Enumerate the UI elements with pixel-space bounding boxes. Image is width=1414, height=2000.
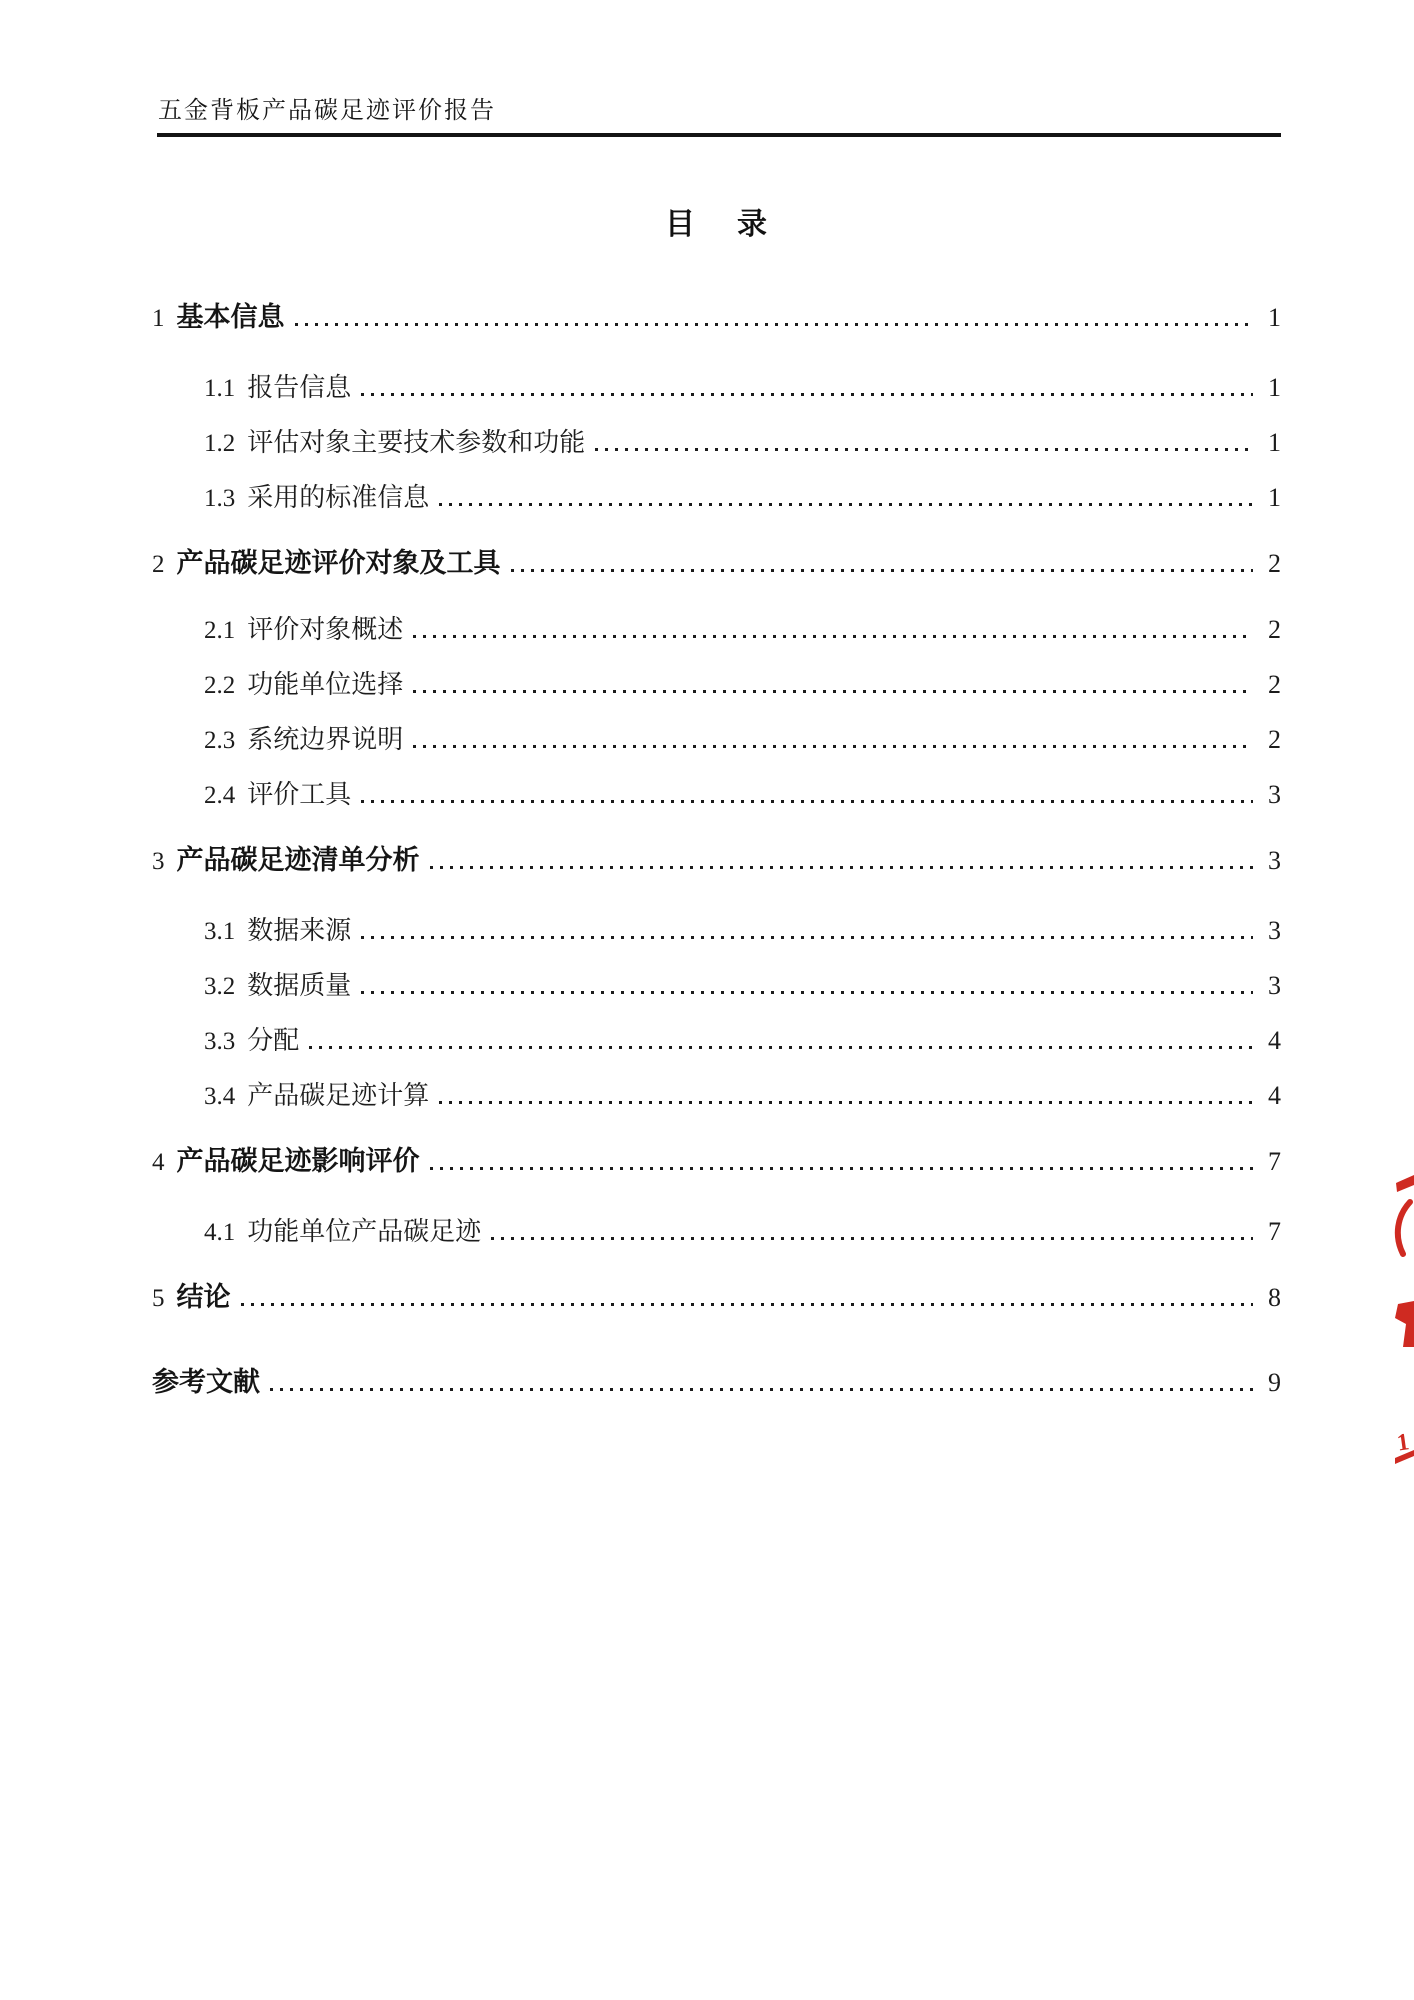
- page-number: 3: [1259, 848, 1281, 874]
- toc-entry: 2 产品碳足迹评价对象及工具 2: [152, 541, 1281, 577]
- page-number: 1: [1259, 430, 1281, 456]
- entry-text: 评价对象概述: [247, 617, 403, 643]
- dot-leader: [361, 800, 1253, 803]
- toc-entry: 3 产品碳足迹清单分析 3: [152, 838, 1281, 874]
- toc-entry: 1.2 评估对象主要技术参数和功能 1: [152, 420, 1281, 456]
- page-number: 2: [1259, 672, 1281, 698]
- toc-entry: 3.1 数据来源 3: [152, 908, 1281, 944]
- toc-entry: 1.3 采用的标准信息 1: [152, 475, 1281, 511]
- seal-star-mark: [1395, 1301, 1414, 1347]
- entry-number: 2.3: [204, 728, 235, 753]
- entry-text: 报告信息: [247, 375, 351, 401]
- page-number: 3: [1259, 918, 1281, 944]
- toc-entry: 2.1 评价对象概述 2: [152, 607, 1281, 643]
- toc-entry: 4 产品碳足迹影响评价 7: [152, 1139, 1281, 1175]
- dot-leader: [413, 690, 1253, 693]
- entry-text: 产品碳足迹评价对象及工具: [177, 550, 501, 577]
- dot-leader: [361, 936, 1253, 939]
- dot-leader: [439, 503, 1253, 506]
- table-of-contents: 1 基本信息 1 1.1 报告信息 1 1.2 评估对象主要技术参数和功能 1 …: [152, 295, 1281, 1396]
- toc-entry: 3.2 数据质量 3: [152, 963, 1281, 999]
- entry-number: 3.3: [204, 1029, 235, 1054]
- entry-text: 产品碳足迹计算: [247, 1083, 429, 1109]
- entry-text: 产品碳足迹清单分析: [177, 847, 420, 874]
- entry-number: 2.2: [204, 673, 235, 698]
- dot-leader: [241, 1303, 1254, 1306]
- entry-text: 采用的标准信息: [247, 485, 429, 511]
- toc-entry: 3.4 产品碳足迹计算 4: [152, 1073, 1281, 1109]
- document-page: { "header": { "document_title": "五金背板产品碳…: [0, 0, 1414, 2000]
- dot-leader: [361, 991, 1253, 994]
- dot-leader: [491, 1237, 1253, 1240]
- dot-leader: [270, 1388, 1253, 1391]
- dot-leader: [413, 635, 1253, 638]
- page-number: 1: [1259, 375, 1281, 401]
- page-number: 7: [1259, 1149, 1281, 1175]
- page-number: 2: [1259, 551, 1281, 577]
- entry-number: 2.1: [204, 618, 235, 643]
- page-number: 8: [1259, 1285, 1281, 1311]
- toc-title: 目 录: [157, 205, 1281, 245]
- dot-leader: [309, 1046, 1253, 1049]
- page-number: 1: [1259, 305, 1281, 331]
- dot-leader: [439, 1101, 1253, 1104]
- page-number: 4: [1259, 1083, 1281, 1109]
- entry-number: 4: [152, 1150, 165, 1175]
- dot-leader: [430, 1167, 1254, 1170]
- toc-entry: 4.1 功能单位产品碳足迹 7: [152, 1209, 1281, 1245]
- page-header: 五金背板产品碳足迹评价报告: [0, 97, 1414, 137]
- page-number: 3: [1259, 782, 1281, 808]
- entry-text: 数据质量: [247, 973, 351, 999]
- page-number: 1: [1259, 485, 1281, 511]
- toc-entry: 1 基本信息 1: [152, 295, 1281, 331]
- dot-leader: [595, 448, 1253, 451]
- entry-number: 1.1: [204, 376, 235, 401]
- toc-entry: 2.2 功能单位选择 2: [152, 662, 1281, 698]
- entry-text: 产品碳足迹影响评价: [177, 1148, 420, 1175]
- dot-leader: [511, 569, 1254, 572]
- seal-arc-mark: [1398, 1202, 1410, 1254]
- page-number: 4: [1259, 1028, 1281, 1054]
- entry-text: 分配: [247, 1028, 299, 1054]
- toc-entry: 1.1 报告信息 1: [152, 365, 1281, 401]
- entry-number: 3.1: [204, 919, 235, 944]
- red-seal-fragment: 1: [1390, 1170, 1414, 1470]
- entry-text: 数据来源: [247, 918, 351, 944]
- entry-text: 系统边界说明: [247, 727, 403, 753]
- entry-number: 3: [152, 849, 165, 874]
- entry-text: 功能单位选择: [247, 672, 403, 698]
- page-number: 7: [1259, 1219, 1281, 1245]
- entry-number: 2.4: [204, 783, 235, 808]
- entry-number: 1.3: [204, 486, 235, 511]
- entry-text: 评估对象主要技术参数和功能: [247, 430, 585, 456]
- toc-entry: 2.4 评价工具 3: [152, 772, 1281, 808]
- toc-entry: 3.3 分配 4: [152, 1018, 1281, 1054]
- header-divider: [157, 133, 1281, 137]
- entry-number: 5: [152, 1286, 165, 1311]
- dot-leader: [295, 323, 1254, 326]
- entry-text: 结论: [177, 1284, 231, 1311]
- entry-number: 3.2: [204, 974, 235, 999]
- page-title: 五金背板产品碳足迹评价报告: [158, 97, 1414, 125]
- entry-text: 基本信息: [177, 304, 285, 331]
- entry-text: 参考文献: [152, 1369, 260, 1396]
- toc-entry: 2.3 系统边界说明 2: [152, 717, 1281, 753]
- entry-text: 功能单位产品碳足迹: [247, 1219, 481, 1245]
- entry-number: 2: [152, 552, 165, 577]
- entry-number: 4.1: [204, 1220, 235, 1245]
- toc-entry: 参考文献 9: [152, 1360, 1281, 1396]
- seal-bar-mark: [1396, 1175, 1414, 1192]
- dot-leader: [430, 866, 1254, 869]
- dot-leader: [413, 745, 1253, 748]
- entry-text: 评价工具: [247, 782, 351, 808]
- page-number: 3: [1259, 973, 1281, 999]
- entry-number: 1: [152, 306, 165, 331]
- page-number: 2: [1259, 727, 1281, 753]
- toc-entry: 5 结论 8: [152, 1275, 1281, 1311]
- dot-leader: [361, 393, 1253, 396]
- entry-number: 3.4: [204, 1084, 235, 1109]
- entry-number: 1.2: [204, 431, 235, 456]
- page-number: 9: [1259, 1370, 1281, 1396]
- page-number: 2: [1259, 617, 1281, 643]
